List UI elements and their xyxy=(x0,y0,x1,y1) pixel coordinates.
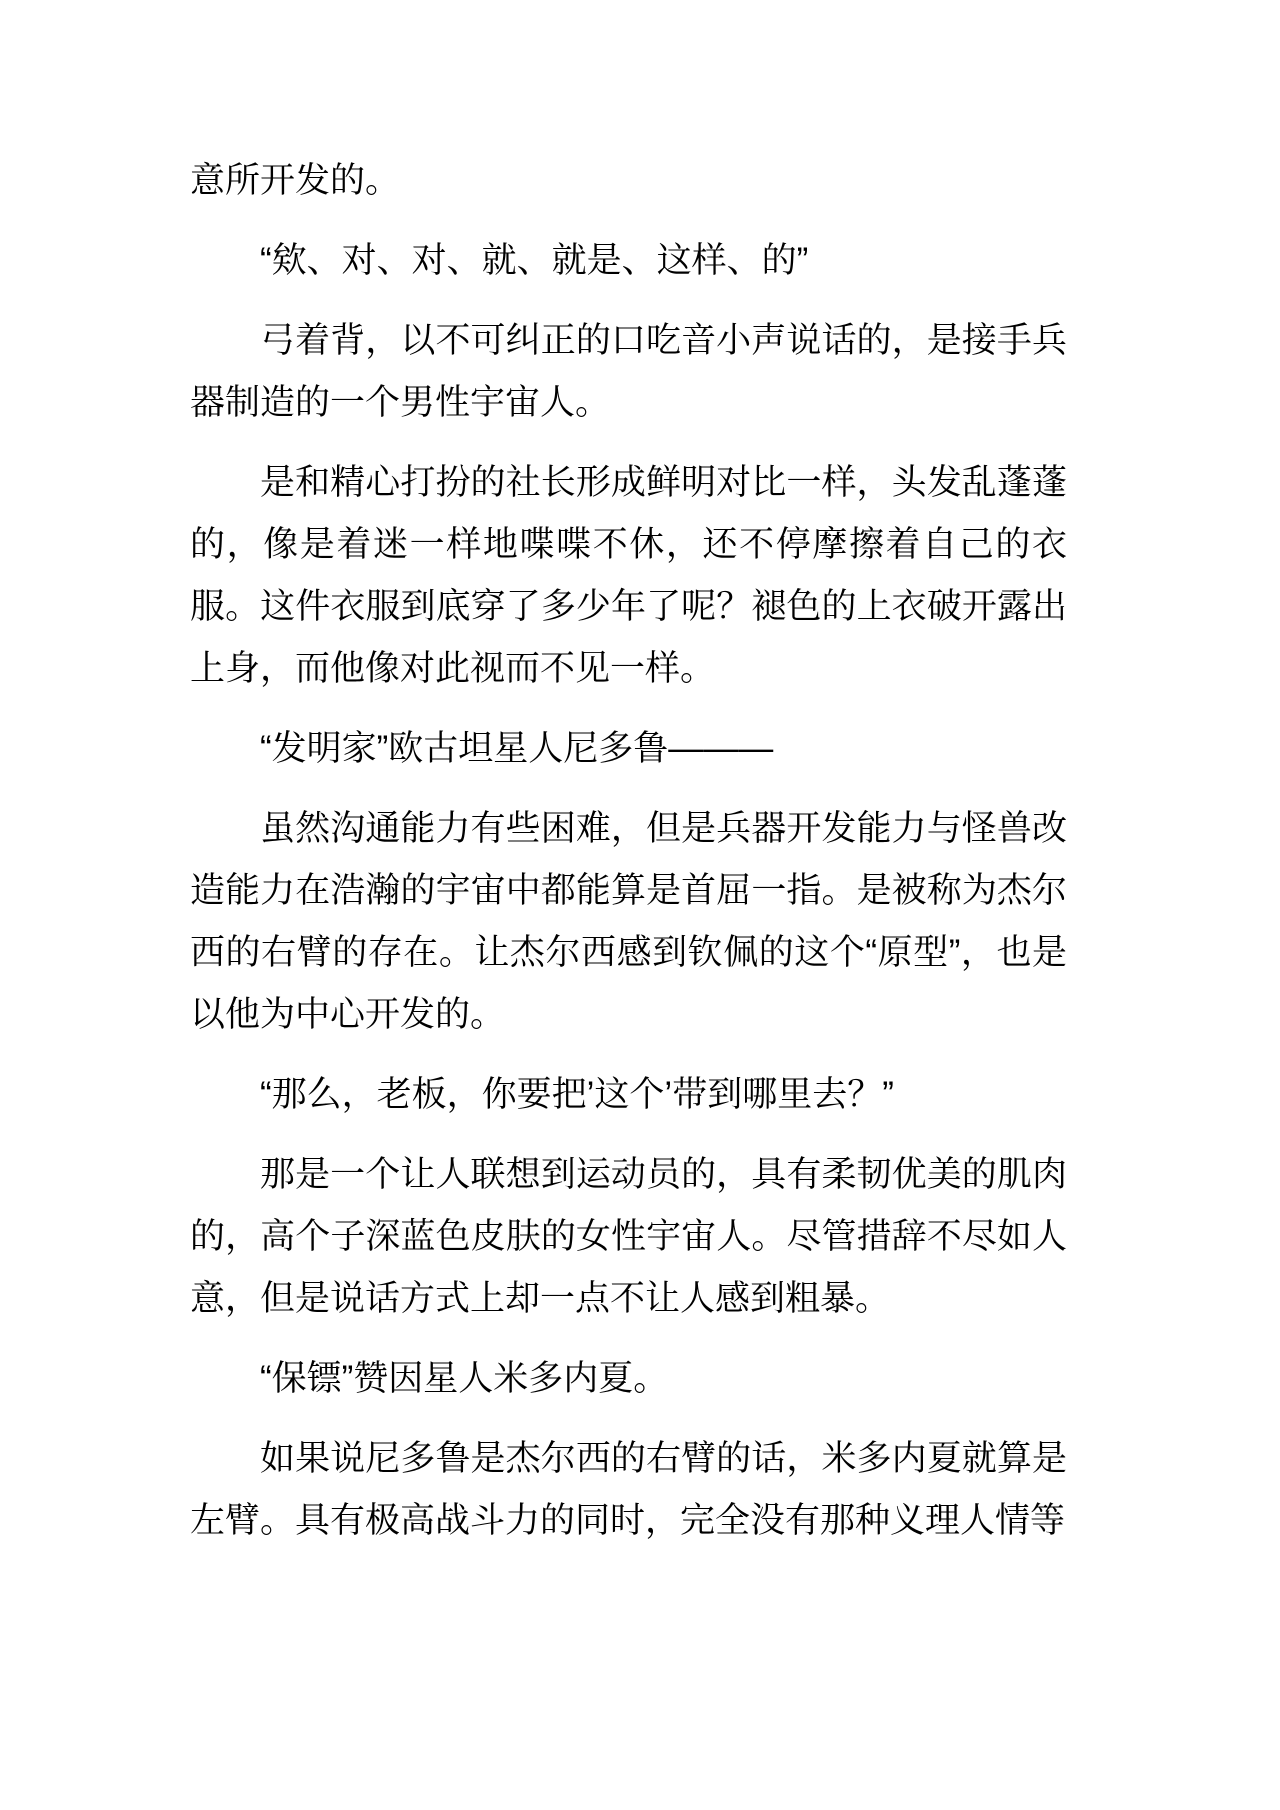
paragraph-dialogue-stutter: “欸、对、对、就、就是、这样、的” xyxy=(190,230,1067,292)
paragraph-narration-hunched-alien: 弓着背，以不可纠正的口吃音小声说话的，是接手兵器制造的一个男性宇宙人。 xyxy=(190,310,1067,434)
paragraph-narration-left-arm: 如果说尼多鲁是杰尔西的右臂的话，米多内夏就算是左臂。具有极高战斗力的同时，完全没… xyxy=(190,1428,1067,1552)
paragraph-intro-bodyguard: “保镖”赞因星人米多内夏。 xyxy=(190,1348,1067,1410)
document-page: 意所开发的。 “欸、对、对、就、就是、这样、的” 弓着背，以不可纠正的口吃音小声… xyxy=(0,0,1280,1810)
paragraph-narration-appearance: 是和精心打扮的社长形成鲜明对比一样，头发乱蓬蓬的，像是着迷一样地喋喋不休，还不停… xyxy=(190,452,1067,700)
paragraph-narration-female-alien: 那是一个让人联想到运动员的，具有柔韧优美的肌肉的，高个子深蓝色皮肤的女性宇宙人。… xyxy=(190,1144,1067,1330)
paragraph-dialogue-boss-question: “那么，老板，你要把’这个’带到哪里去？” xyxy=(190,1064,1067,1126)
paragraph-intro-inventor: “发明家”欧古坦星人尼多鲁——— xyxy=(190,718,1067,780)
paragraph-continuation: 意所开发的。 xyxy=(190,150,1067,212)
paragraph-narration-abilities: 虽然沟通能力有些困难，但是兵器开发能力与怪兽改造能力在浩瀚的宇宙中都能算是首屈一… xyxy=(190,798,1067,1046)
